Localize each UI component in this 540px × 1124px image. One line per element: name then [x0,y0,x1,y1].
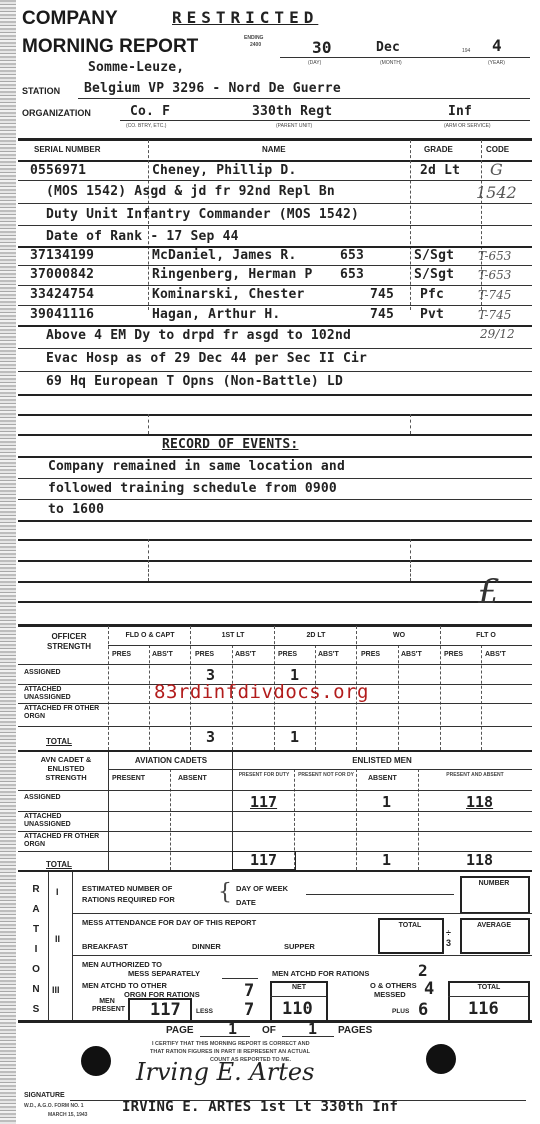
handwritten-date: 29/12 [480,327,515,341]
soldier-grade: Pfc [420,287,444,302]
mess-separately-field[interactable] [222,978,258,979]
soldier-grade: S/Sgt [414,267,454,282]
row-attached-other-label: ATTACHED FR OTHER ORGN [24,833,104,849]
row-attached-other-label: ATTACHED FR OTHER ORGN [24,705,104,721]
event-line: Company remained in same location and [48,459,345,474]
group-1st-lt: 1ST LT [192,632,274,639]
mess-separately-label: MESS SEPARATELY [128,969,200,978]
row-assigned-label: ASSIGNED [24,794,61,801]
pages-label: PAGES [338,1025,372,1036]
serial-number: 33424754 [30,287,94,302]
row-assigned-label: ASSIGNED [24,669,61,676]
soldier-code: G [490,160,503,179]
plus-value: 6 [418,1000,428,1020]
roster-note-line: (MOS 1542) Asgd & jd fr 92nd Repl Bn [46,184,335,199]
breakfast-label: BREAKFAST [82,942,128,951]
station-value: Belgium VP 3296 - Nord De Guerre [84,81,341,96]
group-aviation-cadets: AVIATION CADETS [110,756,232,765]
col-enlisted-absent: ABSENT [368,775,397,782]
subcol-abst: ABS'T [401,651,422,658]
soldier-name: Cheney, Phillip D. [152,163,296,178]
section-ii-numeral: II [55,934,60,944]
net-value: 110 [282,999,313,1019]
soldier-code: T-653 [478,249,511,263]
soldier-code: T-653 [478,268,511,282]
subcol-pres: PRES [361,651,380,658]
org-caption-arm: (ARM OR SERVICE) [444,123,491,129]
subcol-pres: PRES [278,651,297,658]
soldier-name: Kominarski, Chester [152,287,305,302]
col-avn-absent: ABSENT [178,775,207,782]
station-label: STATION [22,86,60,96]
row-attached-unassigned-label: ATTACHED UNASSIGNED [24,686,104,702]
row-total-label: TOTAL [46,737,72,746]
handwritten-margin-mark: £ [478,572,500,612]
scanned-edge [0,0,16,1124]
2d-lt-present-total: 1 [290,728,299,746]
present-for-duty-total: 117 [250,851,277,869]
mess-total-label: TOTAL [380,922,440,929]
present-and-absent-assigned: 118 [466,793,493,811]
org-company: Co. F [130,104,170,119]
station-town: Somme-Leuze, [88,60,184,75]
roster-note-line: Evac Hosp as of 29 Dec 44 per Sec II Cir [46,351,367,366]
soldier-grade: S/Sgt [414,248,454,263]
certify-text: I CERTIFY THAT THIS MORNING REPORT IS CO… [152,1041,310,1047]
row-total-label: TOTAL [46,860,72,869]
soldier-name: Ringenberg, Herman P [152,267,313,282]
day-of-week-label: DAY OF WEEK [236,884,288,893]
group-enlisted-men: ENLISTED MEN [234,756,530,765]
dinner-label: DINNER [192,942,221,951]
rations-required-label-2: RATIONS REQUIRED FOR [82,895,175,904]
org-parent-unit: 330th Regt [252,104,332,119]
officers-others-value: 4 [424,979,434,999]
record-of-events-title: RECORD OF EVENTS: [162,437,298,452]
of-label: OF [262,1025,276,1036]
form-number: W.D., A.G.O. FORM NO. 1 [24,1103,84,1109]
subcol-pres: PRES [112,651,131,658]
handwritten-mos: 1542 [476,183,517,202]
group-2d-lt: 2D LT [276,632,356,639]
men-authorized-label: MEN AUTHORIZED TO [82,960,162,969]
mess-average-label: AVERAGE [462,922,526,929]
col-code: CODE [486,145,509,154]
subcol-abst: ABS'T [152,651,173,658]
less-label: LESS [196,1008,213,1015]
subcol-pres: PRES [195,651,214,658]
serial-number: 37134199 [30,248,94,263]
men-present-label: MENPRESENT [92,998,122,1014]
soldier-name: McDaniel, James R. [152,248,296,263]
serial-number: 37000842 [30,267,94,282]
section-i-numeral: I [56,887,59,897]
day-of-week-field[interactable] [306,894,454,895]
soldier-mos: 745 [370,287,394,302]
present-and-absent-total: 118 [466,851,493,869]
row-attached-unassigned-label: ATTACHED UNASSIGNED [24,813,104,829]
col-present-not-for-duty: PRESENT NOT FOR DY [298,772,354,778]
organization-label: ORGANIZATION [22,108,91,118]
section-iii-numeral: III [52,985,60,995]
col-avn-present: PRESENT [112,775,145,782]
year-caption: (YEAR) [488,60,505,66]
number-label: NUMBER [464,880,524,887]
col-present-and-absent: PRESENT AND ABSENT [430,772,520,778]
org-caption-company: (CO. BTRY, ETC.) [126,123,166,129]
grand-total-label: TOTAL [450,984,528,991]
soldier-mos: 745 [370,307,394,322]
roster-note-line: 69 Hq European T Opns (Non-Battle) LD [46,374,343,389]
ending-label: ENDING [244,35,263,41]
mess-attendance-label: MESS ATTENDANCE FOR DAY OF THIS REPORT [82,918,256,927]
men-atchd-for-rations-value: 2 [418,961,428,980]
punch-hole [81,1046,111,1076]
date-label: DATE [236,898,256,907]
men-present-value: 117 [150,1000,181,1020]
roster-note-line: Above 4 EM Dy to drpd fr asgd to 102nd [46,328,351,343]
day-caption: (DAY) [308,60,321,66]
absent-total: 1 [382,851,391,869]
group-flt-o: FLT O [442,632,530,639]
year-prefix: 194 [462,48,470,54]
form-date: MARCH 15, 1943 [48,1112,87,1118]
event-line: to 1600 [48,502,104,517]
plus-label: PLUS [392,1008,409,1015]
group-wo: WO [358,632,440,639]
report-year: 4 [492,36,502,55]
rations-side-label: RATIONS [30,880,42,1020]
men-atchd-other-value: 7 [244,981,254,1001]
soldier-code: T-745 [478,308,511,322]
total-pages: 1 [308,1020,317,1038]
signature-label: SIGNATURE [24,1092,65,1099]
event-line: followed training schedule from 0900 [48,481,337,496]
col-present-for-duty: PRESENT FOR DUTY [236,772,292,778]
rations-required-label: ESTIMATED NUMBER OF [82,884,172,893]
soldier-mos: 653 [340,248,364,263]
punch-hole [426,1044,456,1074]
soldier-mos: 653 [340,267,364,282]
handwritten-signature: Irving E. Artes [136,1058,314,1086]
page-label: PAGE [166,1025,194,1036]
org-arm: Inf [448,104,472,119]
page-number: 1 [228,1020,237,1038]
enlisted-strength-title: AVN CADET & ENLISTED STRENGTH [26,755,106,782]
soldier-grade: 2d Lt [420,163,460,178]
messed-label: MESSED [374,990,406,999]
subcol-abst: ABS'T [318,651,339,658]
grand-total-value: 116 [468,999,499,1019]
website-watermark: 83rdinfdivdocs.org [154,681,369,703]
subcol-pres: PRES [444,651,463,658]
month-caption: (MONTH) [380,60,402,66]
form-title-line2: MORNING REPORT [22,36,198,58]
report-day: 30 [312,38,332,57]
officer-strength-title: OFFICER STRENGTH [34,632,104,652]
soldier-grade: Pvt [420,307,444,322]
col-name: NAME [262,145,286,154]
roster-note-line: Date of Rank - 17 Sep 44 [46,229,239,244]
col-serial-number: SERIAL NUMBER [34,145,101,154]
soldier-code: T-745 [478,288,511,302]
serial-number: 0556971 [30,163,86,178]
subcol-abst: ABS'T [485,651,506,658]
present-for-duty-assigned: 117 [250,793,277,811]
form-title-line1: COMPANY [22,8,118,30]
1st-lt-present-total: 3 [206,728,215,746]
serial-number: 39041116 [30,307,94,322]
soldier-name: Hagan, Arthur H. [152,307,280,322]
roster-note-line: Duty Unit Infantry Commander (MOS 1542) [46,207,359,222]
absent-assigned: 1 [382,793,391,811]
divide-by-three: ÷ 3 [446,928,456,948]
men-atchd-other-label: MEN ATCHD TO OTHER [82,981,167,990]
classification-stamp: RESTRICTED [172,8,318,27]
report-month: Dec [376,40,400,55]
ending-hour-label: 2400 [250,42,261,48]
signer-name-title: IRVING E. ARTES 1st Lt 330th Inf [122,1099,398,1115]
certify-text: THAT RATION FIGURES IN PART III REPRESEN… [150,1049,310,1055]
group-fld-o-capt: FLD O & CAPT [110,632,190,639]
org-caption-parent: (PARENT UNIT) [276,123,312,129]
less-value: 7 [244,1000,254,1020]
supper-label: SUPPER [284,942,315,951]
officers-others-label: O & OTHERS [370,981,417,990]
col-grade: GRADE [424,145,453,154]
net-label: NET [272,984,326,991]
subcol-abst: ABS'T [235,651,256,658]
men-atchd-for-rations-label: MEN ATCHD FOR RATIONS [272,969,369,978]
